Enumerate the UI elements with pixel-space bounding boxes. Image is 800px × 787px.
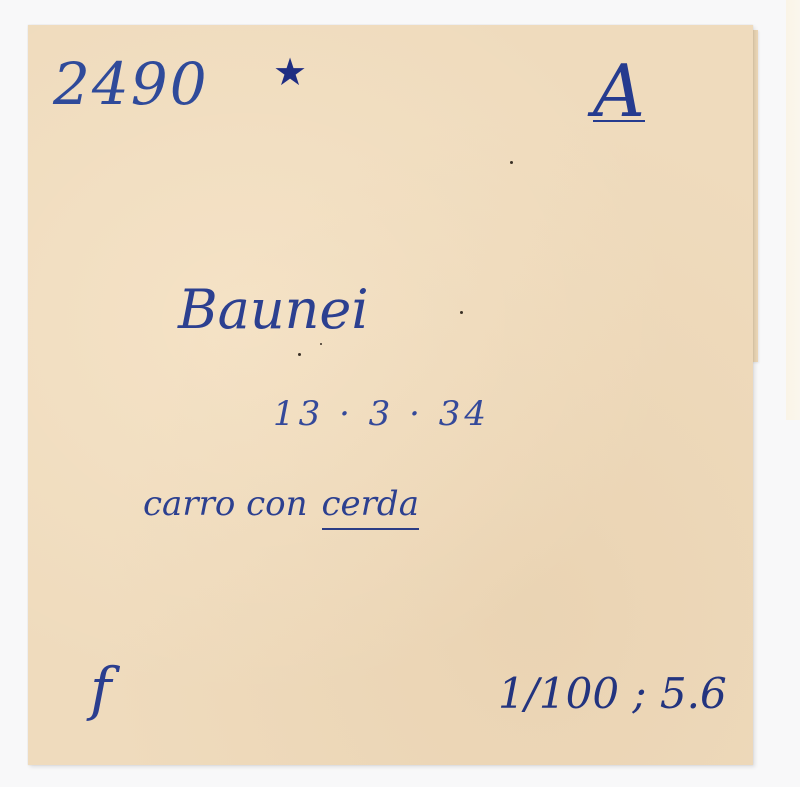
caption: carro concerda	[143, 487, 419, 521]
date: 13 · 3 · 34	[273, 397, 490, 431]
catalog-number: 2490	[53, 55, 209, 113]
index-card: 2490 ★ A Baunei 13 · 3 · 34 carro concer…	[28, 25, 753, 765]
paper-speck	[460, 311, 463, 314]
place-name: Baunei	[178, 283, 369, 337]
bottom-left-mark: f	[90, 660, 111, 718]
series-letter: A	[593, 55, 645, 127]
caption-underlined-word: cerda	[322, 484, 419, 530]
exposure-setting: 1/100 ; 5.6	[498, 673, 727, 715]
caption-text: carro con	[143, 484, 308, 524]
paper-speck	[298, 353, 301, 356]
star-icon: ★	[273, 53, 307, 91]
adjacent-sheet-edge	[786, 0, 800, 420]
paper-speck	[510, 161, 513, 164]
paper-speck	[320, 343, 322, 345]
